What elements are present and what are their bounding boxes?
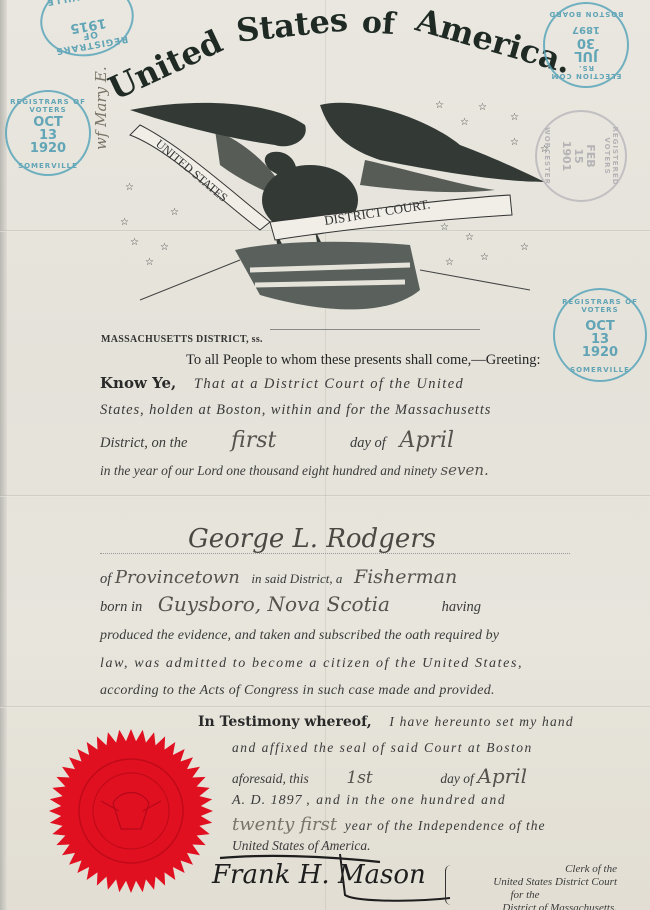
- testimony-line-2: and affixed the seal of said Court at Bo…: [232, 740, 533, 756]
- svg-text:☆: ☆: [145, 257, 154, 268]
- election-commission-stamp: BOSTON BOARD JUL 30 1897 ELECTION COM RS…: [543, 2, 629, 88]
- handwritten-month: April: [477, 764, 527, 788]
- occupation-value: Fisherman: [354, 566, 457, 588]
- birthplace-value: Guysboro, Nova Scotia: [158, 592, 390, 616]
- voter-registration-stamp: REGISTRARS OF 1915 SOMERVILLE: [34, 0, 139, 64]
- body-line-3: District, on the first day of April: [100, 428, 454, 453]
- body-line-4: in the year of our Lord one thousand eig…: [100, 461, 489, 480]
- oath-line-3: according to the Acts of Congress in suc…: [100, 683, 495, 699]
- svg-text:☆: ☆: [510, 112, 519, 123]
- svg-text:☆: ☆: [510, 137, 519, 148]
- oath-line-2: law, was admitted to become a citizen of…: [100, 656, 523, 672]
- svg-text:☆: ☆: [440, 222, 449, 233]
- handwritten-month: April: [399, 428, 454, 453]
- handwritten-day: first: [231, 428, 276, 453]
- testimony-line-1: In Testimony whereof, I have hereunto se…: [198, 714, 574, 731]
- brace: [445, 865, 454, 905]
- greeting: To all People to whom these presents sha…: [186, 352, 541, 369]
- handwritten-ordinal: twenty first: [232, 814, 337, 835]
- voter-registration-stamp: REGISTRARS OF VOTERS OCT 13 1920 SOMERVI…: [553, 288, 647, 382]
- eagle-emblem-icon: UNITED STATES DISTRICT COURT. ☆☆☆☆☆☆ ☆☆☆…: [100, 90, 560, 320]
- svg-text:☆: ☆: [460, 117, 469, 128]
- marginal-note: wf Mary E.: [92, 66, 110, 150]
- testimony-line-5: twenty first year of the Independence of…: [232, 814, 546, 835]
- svg-text:☆: ☆: [520, 242, 529, 253]
- svg-text:☆: ☆: [478, 102, 487, 113]
- body-line-1: Know Ye, That at a District Court of the…: [100, 374, 464, 393]
- title-word: of: [361, 5, 396, 42]
- handwritten-day: 1st: [346, 768, 372, 788]
- clerk-title: Clerk of the United States District Cour…: [455, 863, 635, 910]
- svg-text:☆: ☆: [465, 232, 474, 243]
- applicant-name: George L. Rodgers: [188, 524, 436, 554]
- voter-registration-stamp: REGISTRARS OF VOTERS OCT 13 1920 SOMERVI…: [5, 90, 91, 176]
- testimony-line-3: aforesaid, this 1st day of April: [232, 764, 527, 788]
- faded-registration-stamp: REGISTERED VOTERS FEB 15 1901 WORCESTER: [535, 110, 627, 202]
- svg-text:☆: ☆: [435, 100, 444, 111]
- title-word: States: [234, 0, 349, 49]
- birthplace-line: born in Guysboro, Nova Scotia having: [100, 592, 481, 616]
- red-wax-seal-icon: [48, 728, 214, 894]
- svg-text:☆: ☆: [160, 242, 169, 253]
- svg-text:☆: ☆: [125, 182, 134, 193]
- testimony-line-4: A. D. 1897 , and in the one hundred and: [232, 792, 506, 809]
- svg-text:☆: ☆: [120, 217, 129, 228]
- residence-line: of Provincetown in said District, a Fish…: [100, 566, 457, 588]
- svg-text:☆: ☆: [130, 237, 139, 248]
- divider: [270, 329, 480, 330]
- svg-text:☆: ☆: [480, 252, 489, 263]
- residence-value: Provincetown: [115, 567, 240, 588]
- oath-line-1: produced the evidence, and taken and sub…: [100, 628, 499, 644]
- naturalization-certificate: United States of America. UNITED STATES …: [0, 0, 650, 910]
- district-line: MASSACHUSETTS DISTRICT, ss.: [101, 334, 263, 345]
- svg-text:☆: ☆: [170, 207, 179, 218]
- body-line-2: States, holden at Boston, within and for…: [100, 402, 491, 419]
- clerk-signature: Frank H. Mason: [212, 860, 426, 890]
- svg-text:☆: ☆: [445, 257, 454, 268]
